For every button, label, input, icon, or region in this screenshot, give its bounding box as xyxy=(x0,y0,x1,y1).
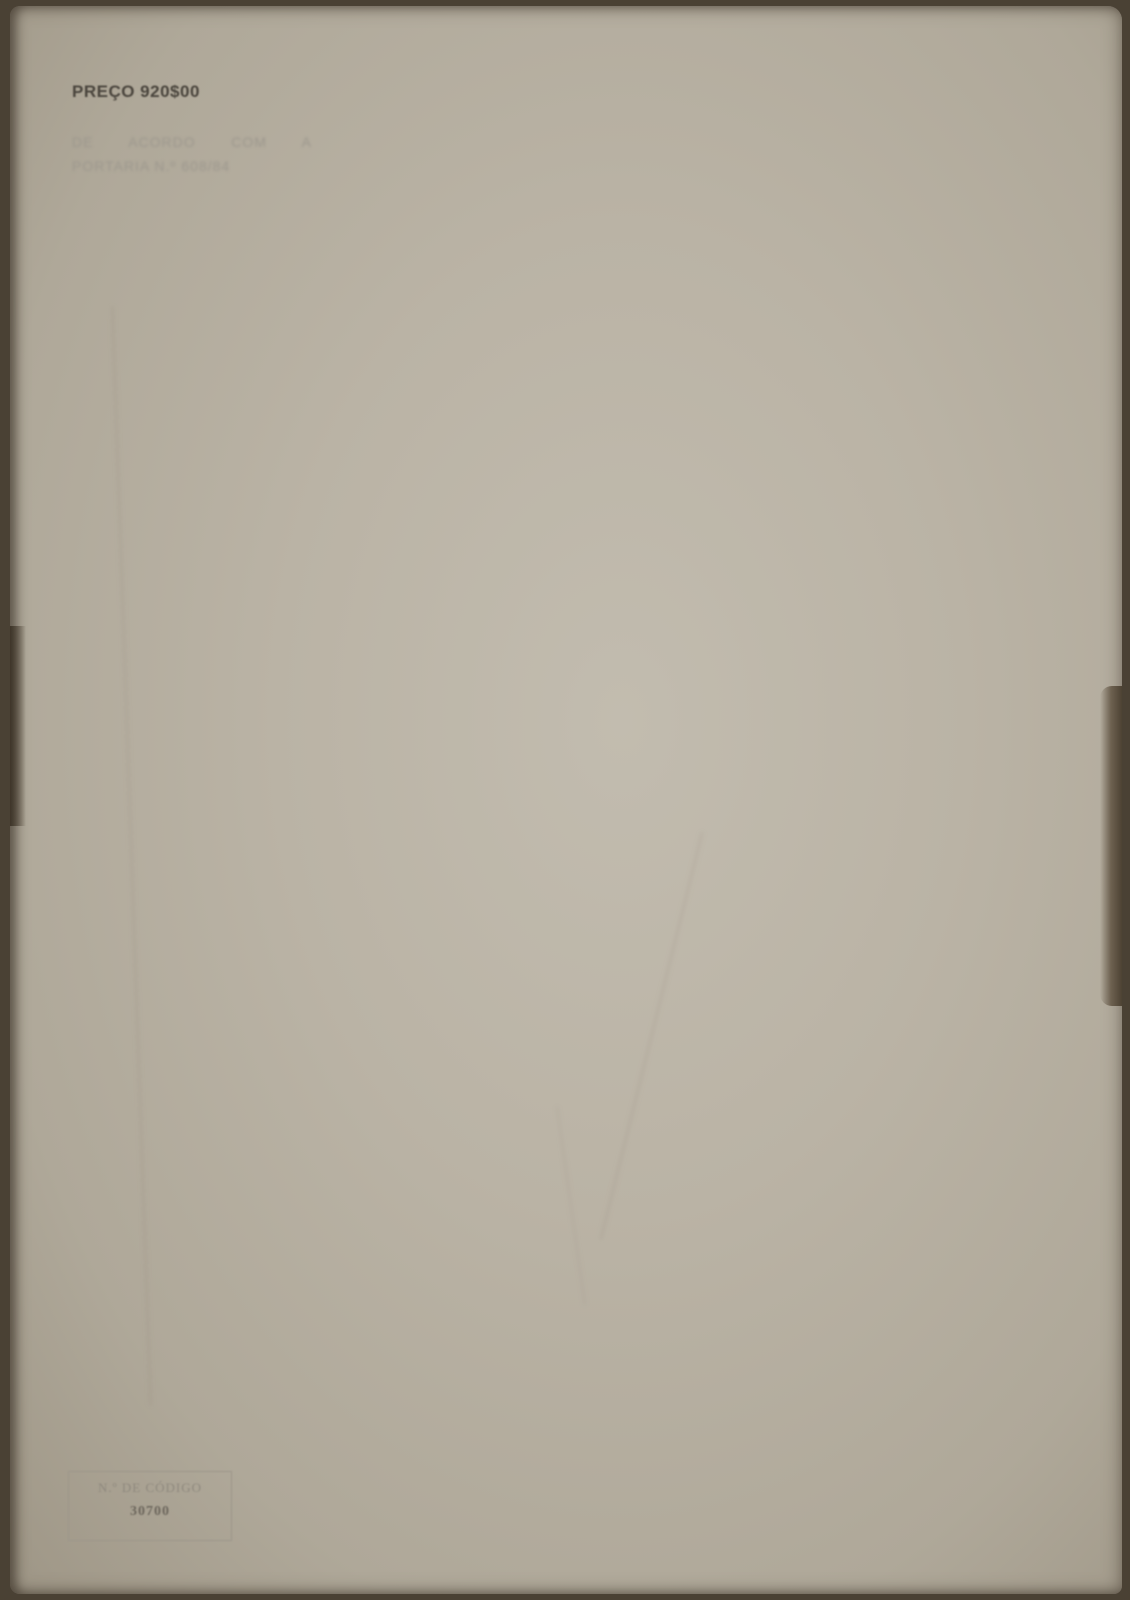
legal-notice-line-1: DE ACORDO COM A xyxy=(72,130,312,154)
code-number-value: 30700 xyxy=(69,1504,231,1520)
paper-crease xyxy=(111,306,152,1405)
legal-notice: DE ACORDO COM A PORTARIA N.º 608/84 xyxy=(72,130,312,178)
legal-notice-line-2: PORTARIA N.º 608/84 xyxy=(72,154,312,178)
edge-wear-right xyxy=(1100,686,1122,1006)
edge-wear-left xyxy=(10,626,26,826)
price-label: PREÇO 920$00 xyxy=(72,82,200,102)
scan-background: PREÇO 920$00 DE ACORDO COM A PORTARIA N.… xyxy=(0,0,1130,1600)
code-number-label: N.º DE CÓDIGO xyxy=(69,1480,231,1496)
code-number-box: N.º DE CÓDIGO 30700 xyxy=(68,1471,232,1541)
paper-crease xyxy=(599,832,704,1240)
paper-crease xyxy=(556,1107,586,1305)
book-back-cover: PREÇO 920$00 DE ACORDO COM A PORTARIA N.… xyxy=(10,6,1122,1594)
